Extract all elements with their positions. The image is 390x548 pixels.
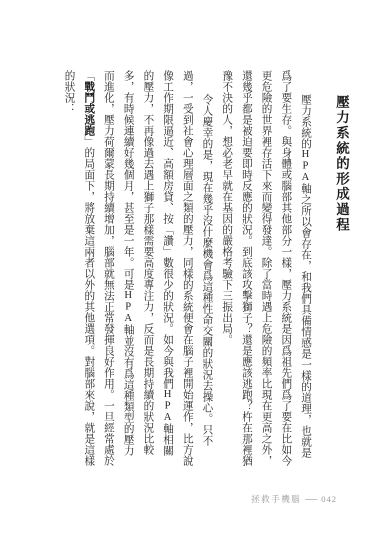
footer-book-title: 拯救手機腦 — [251, 493, 301, 505]
paragraph: 令人慶幸的是，現在幾乎沒什麼機會爲這種性命交關的狀況去操心。只不過，一受到社會心… — [59, 70, 217, 466]
paragraph: 壓力系統的HPA軸之所以會存在，和我們具備情感是一樣的道理，也就是爲了要生存。與… — [216, 70, 315, 466]
footer-page-number: 042 — [321, 493, 337, 505]
section-title: 壓力系統的形成過程 — [329, 70, 353, 466]
page-content: 壓力系統的形成過程 壓力系統的HPA軸之所以會存在，和我們具備情感是一樣的道理，… — [59, 70, 353, 466]
footer-divider: ── — [305, 493, 317, 505]
body-text: 壓力系統的HPA軸之所以會存在，和我們具備情感是一樣的道理，也就是爲了要生存。與… — [59, 70, 315, 466]
book-page: 壓力系統的形成過程 壓力系統的HPA軸之所以會存在，和我們具備情感是一樣的道理，… — [0, 0, 390, 548]
page-footer: 拯救手機腦 ── 042 — [251, 493, 337, 505]
